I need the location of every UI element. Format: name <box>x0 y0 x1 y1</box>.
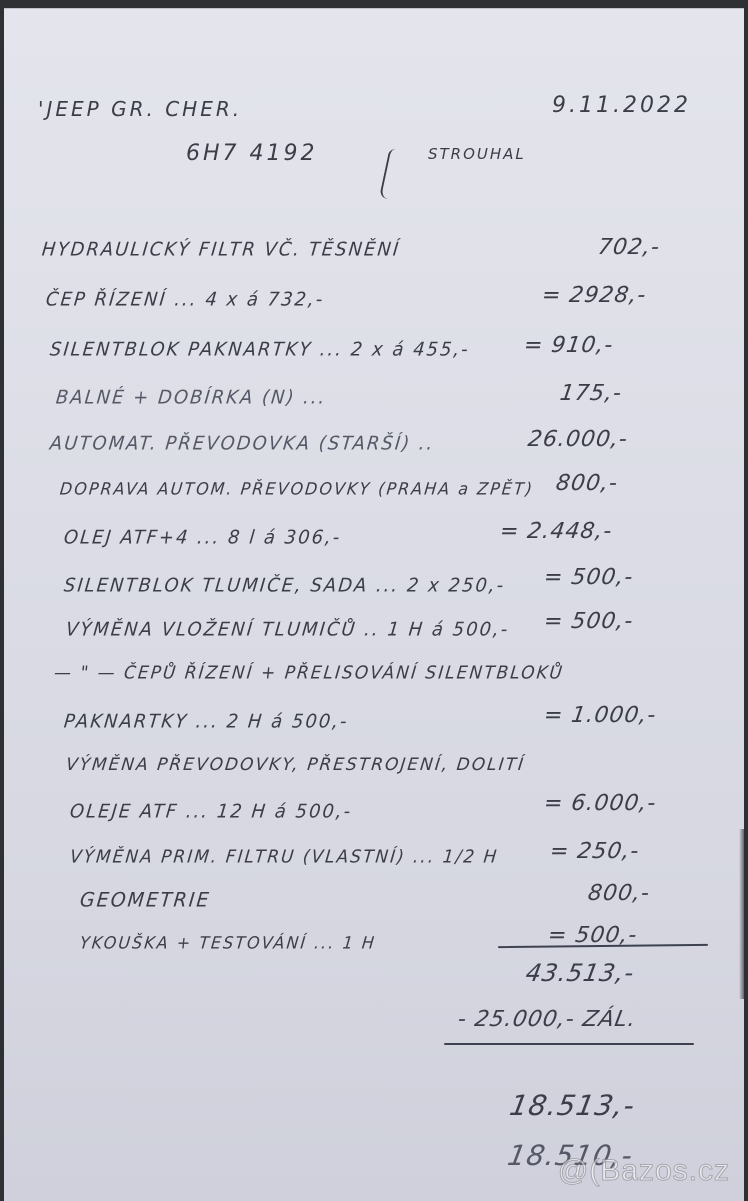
line-item-amount: = 500,- <box>542 565 635 590</box>
line-item-description: VÝMĚNA PRIM. FILTRU (VLASTNÍ) ... 1/2 H <box>69 847 499 868</box>
line-item-description: ČEP ŘÍZENÍ ... 4 x á 732,- <box>45 288 326 310</box>
line-item-description: OLEJ ATF+4 ... 8 l á 306,- <box>63 526 343 548</box>
line-item-amount: = 910,- <box>522 333 615 358</box>
line-item-description: DOPRAVA AUTOM. PŘEVODOVKY (PRAHA a ZPĚT) <box>59 479 535 499</box>
bazos-watermark: @(Bazos.cz <box>558 1154 730 1188</box>
license-plate: 6H7 4192 <box>186 141 318 166</box>
line-item-amount: = 1.000,- <box>542 703 658 728</box>
invoice-paper: 'JEEP GR. CHER. 9.11.2022 6H7 4192 STROU… <box>4 8 744 1200</box>
subtotal-amount: 43.513,- <box>524 959 637 987</box>
line-item-amount: = 250,- <box>548 839 641 864</box>
line-item-amount: 800,- <box>554 471 619 496</box>
line-item-description: GEOMETRIE <box>79 888 212 911</box>
line-item-description: BALNÉ + DOBÍRKA (N) ... <box>55 386 328 408</box>
line-item-amount: = 2.448,- <box>498 519 614 544</box>
line-item-amount: 26.000,- <box>526 427 629 452</box>
line-item-amount: = 500,- <box>542 609 635 634</box>
line-item-description: OLEJE ATF ... 12 H á 500,- <box>69 800 353 822</box>
line-item-description: SILENTBLOK PAKNARTKY ... 2 x á 455,- <box>49 338 471 360</box>
line-item-description: YKOUŠKA + TESTOVÁNÍ ... 1 H <box>79 933 377 953</box>
line-item-amount: 702,- <box>596 235 661 260</box>
line-item-description: AUTOMAT. PŘEVODOVKA (STARŠÍ) .. <box>49 432 436 454</box>
line-item-amount: 175,- <box>558 381 623 406</box>
invoice-date: 9.11.2022 <box>552 93 691 118</box>
line-item-description: HYDRAULICKÝ FILTR VČ. TĚSNĚNÍ <box>41 238 401 260</box>
balance-amount: 18.513,- <box>507 1089 638 1122</box>
line-item-amount: = 6.000,- <box>542 791 658 816</box>
signature-name: STROUHAL <box>428 145 526 163</box>
paper-edge-shadow <box>739 829 744 999</box>
deposit-amount: - 25.000,- ZÁL. <box>456 1007 639 1032</box>
line-item-amount: = 2928,- <box>540 283 648 308</box>
line-item-amount: 800,- <box>586 881 651 906</box>
line-item-description: PAKNARTKY ... 2 H á 500,- <box>63 710 350 732</box>
signature-mark <box>379 149 412 199</box>
vehicle-name: 'JEEP GR. CHER. <box>38 97 242 121</box>
line-item-description: — " — ČEPŮ ŘÍZENÍ + PŘELISOVÁNÍ SILENTBL… <box>53 663 565 684</box>
line-item-description: VÝMĚNA PŘEVODOVKY, PŘESTROJENÍ, DOLITÍ <box>65 755 526 776</box>
line-item-description: SILENTBLOK TLUMIČE, SADA ... 2 x 250,- <box>63 574 506 596</box>
balance-rule <box>444 1043 694 1045</box>
line-item-description: VÝMĚNA VLOŽENÍ TLUMIČŮ .. 1 H á 500,- <box>65 618 511 640</box>
